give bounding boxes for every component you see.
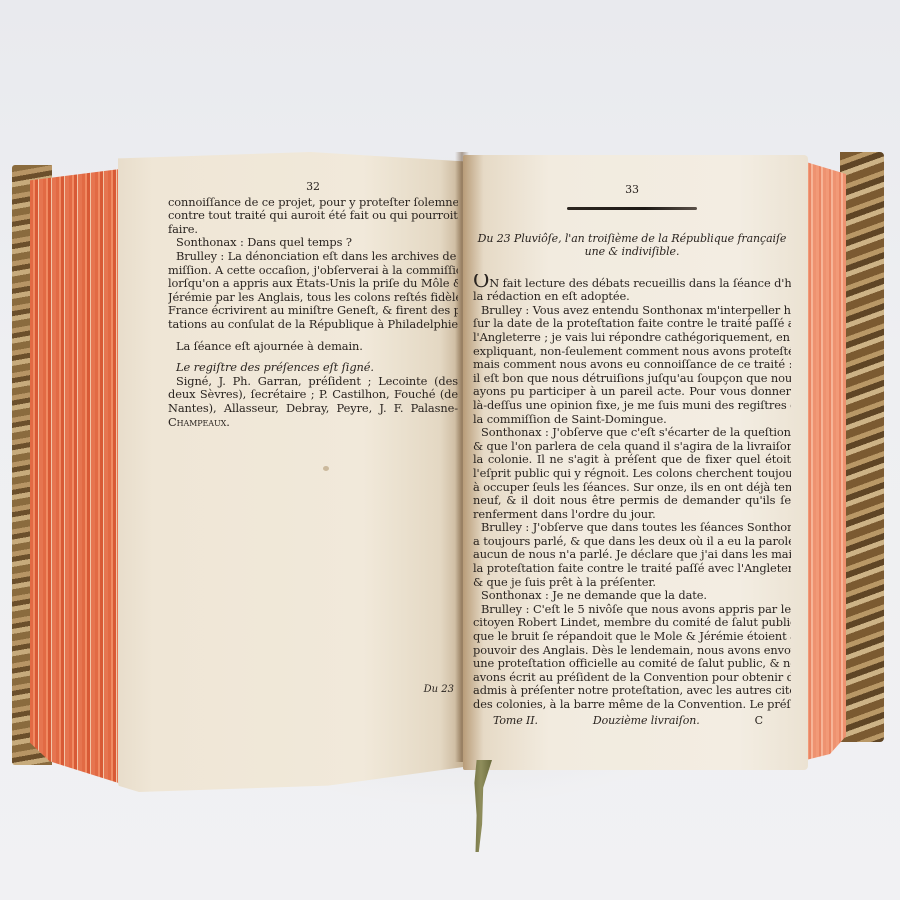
text-line: faire. (168, 223, 458, 237)
text-line: ayons pu participer à un pareil acte. Po… (473, 385, 791, 399)
catchword: Du 23 (424, 684, 454, 695)
date-heading-line: Du 23 Pluviôſe, l'an troiſième de la Rép… (473, 232, 791, 245)
text-line: citoyen Robert Lindet, membre du comité … (473, 616, 791, 630)
text-line: avons écrit au préſident de la Conventio… (473, 671, 791, 685)
text-line: que le bruit ſe répandoit que le Mole & … (473, 630, 791, 644)
right-page-block-edge (806, 162, 846, 760)
text-line: la proteſtation faite contre le traité p… (473, 562, 791, 576)
adjournment-line: La ſéance eſt ajournée à demain. (168, 340, 458, 354)
text-line: mais comment nous avons eu connoiſſance … (473, 358, 791, 372)
left-page-block-edge (30, 168, 128, 786)
text-line: expliquant, non-ſeulement comment nous a… (473, 345, 791, 359)
text-line: contre tout traité qui auroit été fait o… (168, 209, 458, 223)
text-line: Sonthonax : Je ne demande que la date. (473, 589, 791, 603)
text-line: Jérémie par les Anglais, tous les colons… (168, 291, 458, 305)
text-line: la colonie. Il ne s'agit à préſent que d… (473, 453, 791, 467)
right-page: 33 Du 23 Pluviôſe, l'an troiſième de la … (463, 155, 808, 770)
text-line: ſur la date de la proteſtation faite con… (473, 317, 791, 331)
text-line: la rédaction en eſt adoptée. (473, 290, 791, 304)
text-line: admis à préſenter notre proteſtation, av… (473, 684, 791, 698)
left-page-text: 32 connoiſſance de ce projet, pour y pro… (168, 180, 458, 429)
text-line: des colonies, à la barre même de la Conv… (473, 698, 791, 712)
register-title: Le regiſtre des préſences eſt ſigné. (168, 361, 458, 375)
text-line: là-deſſus une opinion fixe, je me ſuis m… (473, 399, 791, 413)
text-line: Sonthonax : J'obſerve que c'eſt s'écarte… (473, 426, 791, 440)
signature-line: Champeaux. (168, 416, 458, 430)
date-heading: Du 23 Pluviôſe, l'an troiſième de la Rép… (473, 232, 791, 258)
signature-mark: C (755, 714, 763, 728)
text-line: une proteſtation officielle au comité de… (473, 657, 791, 671)
text-line: l'eſprit public qui y régnoit. Les colon… (473, 467, 791, 481)
text-line: tations au conſulat de la République à P… (168, 318, 458, 332)
text-line: pouvoir des Anglais. Dès le lendemain, n… (473, 644, 791, 658)
text-line: l'Angleterre ; je vais lui répondre cath… (473, 331, 791, 345)
text-line: Sonthonax : Dans quel temps ? (168, 236, 458, 250)
signature-line: Signé, J. Ph. Garran, préſident ; Lecoin… (168, 375, 458, 389)
text-line: renferment dans l'ordre du jour. (473, 508, 791, 522)
text-line: aucun de nous n'a parlé. Je déclare que … (473, 548, 791, 562)
text-line: Brulley : Vous avez entendu Sonthonax m'… (473, 304, 791, 318)
text-line: il eſt bon que nous détruiſions juſqu'au… (473, 372, 791, 386)
page-footer: Tome II. Douzième livraiſon. C (473, 714, 791, 728)
installment-label: Douzième livraiſon. (593, 714, 700, 728)
volume-label: Tome II. (493, 714, 538, 728)
date-heading-line: une & indiviſible. (473, 245, 791, 258)
text-line: & que l'on parlera de cela quand il s'ag… (473, 440, 791, 454)
page-number: 32 (168, 180, 458, 194)
ornamental-rule (567, 207, 697, 210)
drop-cap: O (473, 274, 489, 291)
signature-line: Nantes), Allasseur, Debray, Peyre, J. F.… (168, 402, 458, 416)
text-line: Brulley : C'eſt le 5 nivôſe que nous avo… (473, 603, 791, 617)
text-line: France écrivirent au miniſtre Geneſt, & … (168, 304, 458, 318)
text-line: à occuper ſeuls les ſéances. Sur onze, i… (473, 481, 791, 495)
text-line: Brulley : La dénonciation eſt dans les a… (168, 250, 458, 264)
text-line: neuf, & il doit nous être permis de dema… (473, 494, 791, 508)
foxing-spot (323, 466, 329, 471)
text-line: Brulley : J'obſerve que dans toutes les … (473, 521, 791, 535)
text-line: & que je ſuis prêt à la préſenter. (473, 576, 791, 590)
signature-line: deux Sèvres), ſecrétaire ; P. Castilhon,… (168, 388, 458, 402)
left-page: 32 connoiſſance de ce projet, pour y pro… (118, 152, 468, 792)
text-line: miſſion. A cette occaſion, j'obſerverai … (168, 264, 458, 278)
page-number: 33 (473, 183, 791, 197)
text-line: connoiſſance de ce projet, pour y proteſ… (168, 196, 458, 210)
right-page-text: 33 Du 23 Pluviôſe, l'an troiſième de la … (473, 183, 791, 727)
right-cover-board (840, 152, 884, 742)
text-line: a toujours parlé, & que dans les deux où… (473, 535, 791, 549)
text-line: la commiſſion de Saint-Domingue. (473, 413, 791, 427)
text-line: ON fait lecture des débats recueillis da… (473, 274, 791, 291)
text-line: lorſqu'on a appris aux États-Unis la pri… (168, 277, 458, 291)
